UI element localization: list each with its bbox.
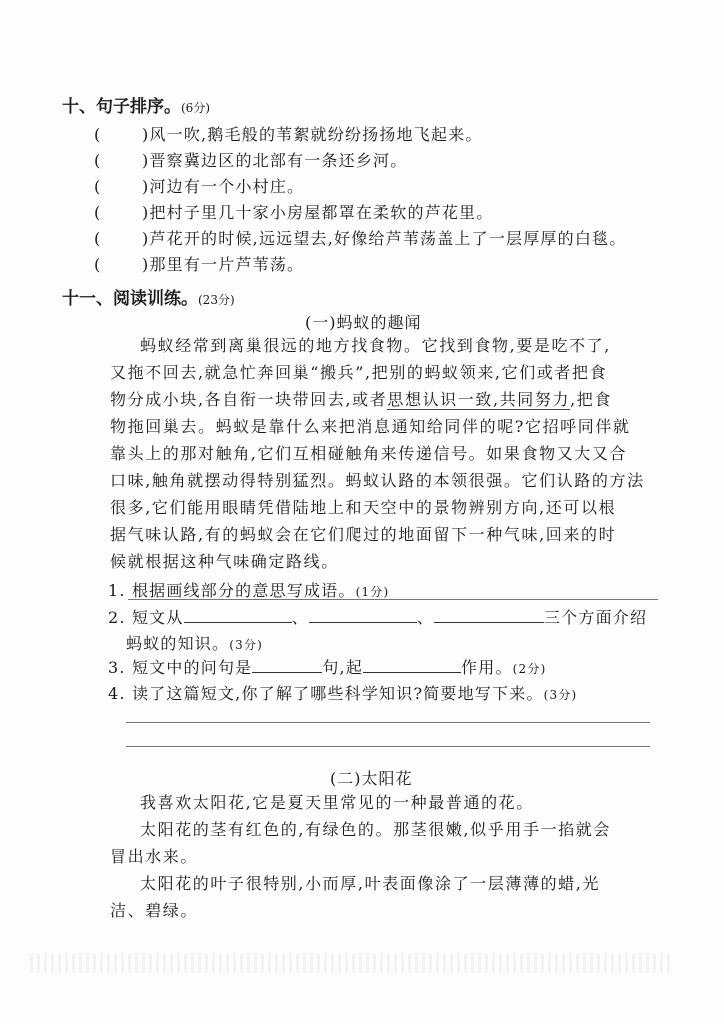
answer-line-q4-1[interactable]	[126, 722, 650, 723]
passage-1-line-9: 候就根据这种气味确定路线。	[110, 548, 339, 575]
sentence-text: 那里有一片芦苇荡。	[149, 255, 304, 274]
sentence-text: 把村子里几十家小房屋都罩在柔软的芦花里。	[149, 203, 493, 222]
answer-blank-6[interactable]: (	[94, 255, 142, 274]
sentence-text: 河边有一个小村庄。	[149, 177, 304, 196]
sentence-order-item-4: ()把村子里几十家小房屋都罩在柔软的芦花里。	[94, 200, 493, 223]
sentence-order-item-3: ()河边有一个小村庄。	[94, 174, 304, 197]
passage-1-line-3: 物分成小块,各自衔一块带回去,或者思想认识一致,共同努力,把食	[110, 386, 612, 413]
question-1: 1. 根据画线部分的意思写成语。(1分)	[108, 578, 389, 601]
section-11-score: (23分)	[198, 293, 235, 307]
answer-blank-3[interactable]: (	[94, 177, 142, 196]
section-11-title: 十一、阅读训练。	[62, 289, 198, 309]
sentence-text: 晋察冀边区的北部有一条还乡河。	[149, 151, 407, 170]
sentence-text: 风一吹,鹅毛般的苇絮就纷纷扬扬地飞起来。	[149, 125, 482, 144]
section-11-heading: 十一、阅读训练。(23分)	[62, 284, 235, 309]
answer-blank-q3-2[interactable]	[363, 658, 461, 673]
passage-2-line-2: 太阳花的茎有红色的,有绿色的。那茎很嫩,似乎用手一掐就会	[140, 816, 611, 843]
passage-2-title: (二)太阳花	[330, 766, 413, 789]
question-2: 2. 短文从、、三个方面介绍	[108, 605, 647, 628]
answer-line-q4-2[interactable]	[126, 746, 650, 747]
passage-1-line-4: 物拖回巢去。蚂蚁是靠什么来把消息通知给同伴的呢?它招呼同伴就	[110, 413, 631, 440]
passage-2-line-5: 洁、碧绿。	[110, 897, 198, 924]
sentence-order-item-5: ()芦花开的时候,远远望去,好像给芦苇荡盖上了一层厚厚的白毯。	[94, 226, 626, 249]
section-10-score: (6分)	[181, 101, 210, 115]
sentence-text: 芦花开的时候,远远望去,好像给芦苇荡盖上了一层厚厚的白毯。	[149, 229, 626, 248]
answer-blank-5[interactable]: (	[94, 229, 142, 248]
passage-1-line-5: 靠头上的那对触角,它们互相碰触角来传递信号。如果食物又大又合	[110, 440, 627, 467]
answer-blank-1[interactable]: (	[94, 125, 142, 144]
section-10-heading: 十、句子排序。(6分)	[62, 92, 210, 117]
exam-page: 十、句子排序。(6分) ()风一吹,鹅毛般的苇絮就纷纷扬扬地飞起来。 ()晋察冀…	[0, 0, 724, 1024]
answer-blank-q2-2[interactable]	[309, 608, 417, 623]
passage-2-line-4: 太阳花的叶子很特别,小而厚,叶表面像涂了一层薄薄的蜡,光	[140, 870, 600, 897]
passage-1-line-2: 又拖不回去,就急忙奔回巢“搬兵”,把别的蚂蚁领来,它们或者把食	[110, 359, 607, 386]
section-10-title: 十、句子排序。	[62, 97, 181, 117]
underlined-phrase: 思想认识一致,共同努力	[387, 390, 570, 410]
answer-blank-2[interactable]: (	[94, 151, 142, 170]
question-2-cont: 蚂蚁的知识。(3分)	[126, 631, 263, 654]
sentence-order-item-1: ()风一吹,鹅毛般的苇絮就纷纷扬扬地飞起来。	[94, 122, 483, 145]
question-3: 3. 短文中的问句是句,起作用。(2分)	[108, 655, 546, 678]
question-4: 4. 读了这篇短文,你了解了哪些科学知识?简要地写下来。(3分)	[108, 681, 577, 704]
passage-2-line-1: 我喜欢太阳花,它是夏天里常见的一种最普通的花。	[140, 789, 534, 816]
passage-1-line-6: 口味,触角就摆动得特别猛烈。蚂蚁认路的本领很强。它们认路的方法	[110, 467, 645, 494]
answer-blank-q2-3[interactable]	[434, 608, 544, 623]
passage-2-line-3: 冒出水来。	[110, 843, 198, 870]
answer-blank-q3-1[interactable]	[252, 658, 322, 673]
sentence-order-item-2: ()晋察冀边区的北部有一条还乡河。	[94, 148, 407, 171]
passage-1-line-1: 蚂蚁经常到离巢很远的地方找食物。它找到食物,要是吃不了,	[140, 332, 611, 359]
answer-line-q1[interactable]	[128, 599, 658, 600]
passage-1-line-7: 很多,它们能用眼睛凭借陆地上和天空中的景物辨别方向,还可以根	[110, 494, 616, 521]
scan-bleed-through	[30, 953, 670, 973]
answer-blank-4[interactable]: (	[94, 203, 142, 222]
answer-blank-q2-1[interactable]	[184, 608, 292, 623]
passage-1-line-8: 据气味认路,有的蚂蚁会在它们爬过的地面留下一种气味,回来的时	[110, 521, 616, 548]
sentence-order-item-6: ()那里有一片芦苇荡。	[94, 252, 304, 275]
passage-1-title: (一)蚂蚁的趣闻	[305, 310, 422, 333]
